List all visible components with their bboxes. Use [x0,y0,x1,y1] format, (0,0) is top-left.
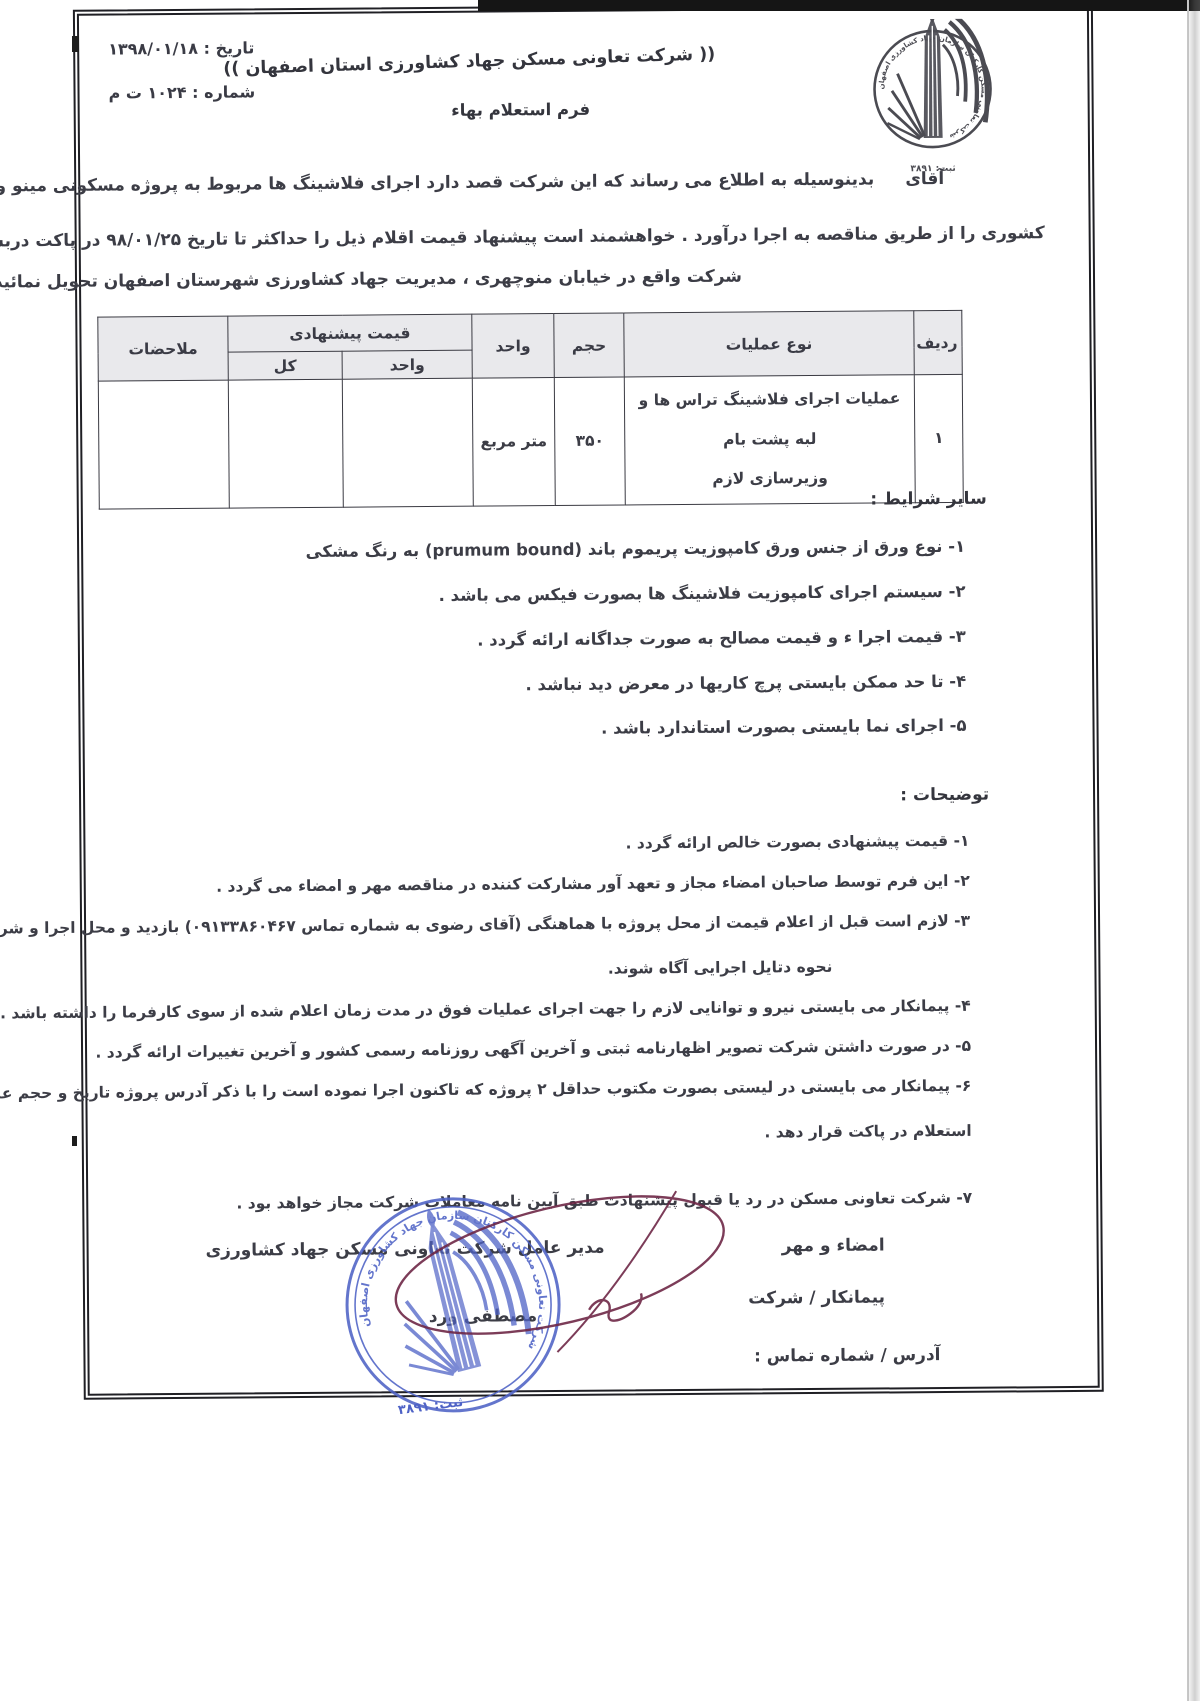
col-header-remarks: ملاحضات [98,316,228,381]
scan-edge-artifact [478,0,1200,11]
notes-title: توضیحات : [900,785,989,806]
cell-volume: ۳۵۰ [554,377,625,505]
salutation: آقای [905,169,944,189]
condition-item: ۳- قیمت اجرا ء و قیمت مصالح به صورت جداگ… [477,627,966,650]
col-header-row: ردیف [914,310,963,374]
condition-item: ۵- اجرای نما بایستی بصورت استاندارد باشد… [601,716,967,738]
operation-line-1: عملیات اجرای فلاشینگ تراس ها و لبه پشت ب… [639,389,901,448]
seal-and-signature-label: امضاء و مهر [782,1235,885,1256]
col-header-operation: نوع عملیات [624,311,914,377]
address-contact-label: آدرس / شماره تماس : [754,1345,941,1366]
col-header-price-total: کل [228,351,342,380]
table-row: ۱ عملیات اجرای فلاشینگ تراس ها و لبه پشت… [98,374,963,508]
document-date: تاریخ : ۱۳۹۸/۰۱/۱۸ [108,38,254,58]
cell-price-unit [342,378,473,507]
operation-line-2: وزیرسازی لازم [712,469,828,488]
company-logo-icon: شرکت تعاونی مسکن کارکنان سازمان جهاد کشا… [857,18,1008,169]
cell-price-total [228,379,343,507]
cell-remarks [98,380,229,509]
scanned-document: تاریخ : ۱۳۹۸/۰۱/۱۸ شماره : ۱۰۲۴ ت م (( ش… [0,0,1200,1701]
cell-unit: متر مربع [472,378,555,506]
cell-operation: عملیات اجرای فلاشینگ تراس ها و لبه پشت ب… [624,375,915,505]
col-header-price-group: قیمت پیشنهادی [228,314,472,352]
conditions-title: سایر شرایط : [870,489,987,510]
scan-speck [72,1136,77,1146]
scan-speck [72,36,79,52]
scan-edge-shadow [1187,0,1200,1701]
note-line: ۱- قیمت پیشنهادی بصورت خالص ارائه گردد . [625,832,969,853]
note-line: نحوه دتایل اجرایی آگاه شوند. [608,958,833,978]
contractor-label: پیمانکار / شرکت [748,1287,885,1308]
price-inquiry-table: ردیف نوع عملیات حجم واحد قیمت پیشنهادی م… [97,310,964,509]
condition-item: ۴- تا حد ممکن بایستی پرچ کاریها در معرض … [525,672,966,694]
col-header-price-unit: واحد [342,350,472,379]
signature-scribble-icon [376,1151,744,1380]
document-number: شماره : ۱۰۲۴ ت م [108,82,255,102]
cell-row-number: ۱ [914,374,963,502]
note-line: استعلام در پاکت قرار دهد . [764,1122,971,1142]
col-header-volume: حجم [554,313,625,378]
form-title: فرم استعلام بهاء [416,99,626,120]
col-header-unit: واحد [472,314,555,379]
